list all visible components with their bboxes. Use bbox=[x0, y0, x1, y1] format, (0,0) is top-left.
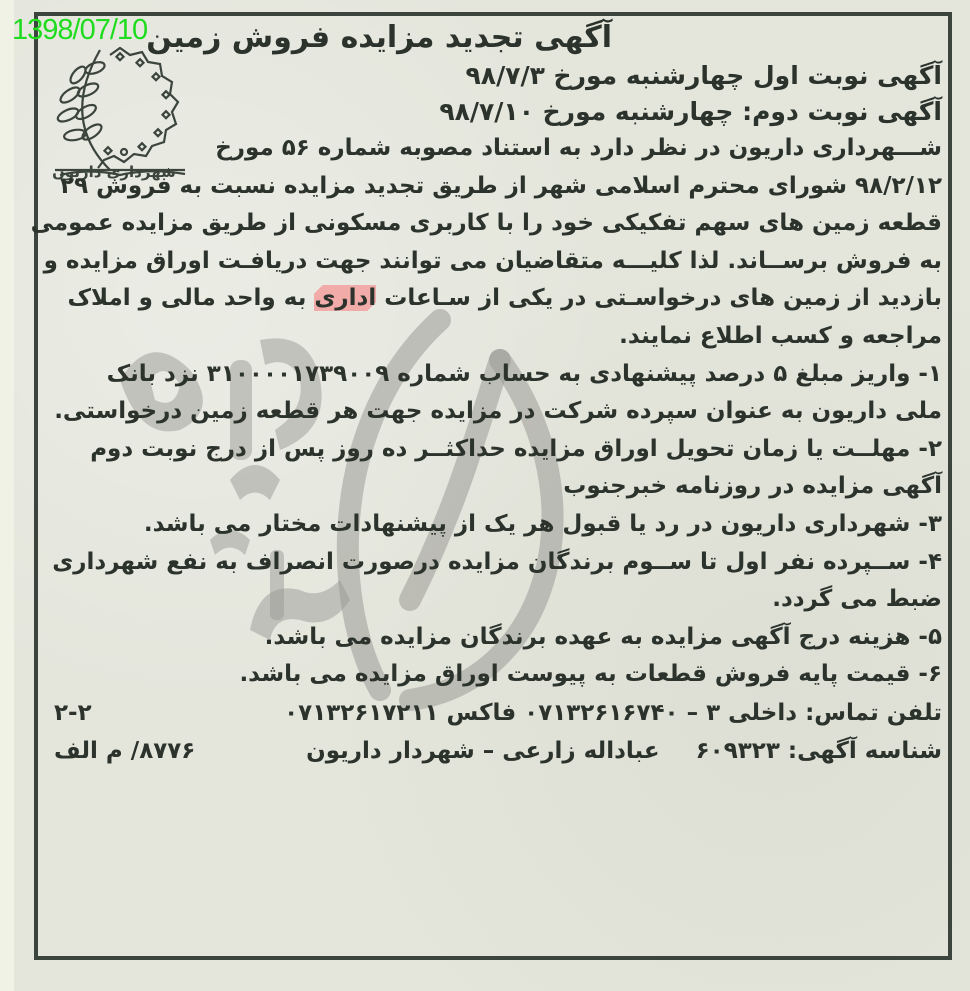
date-stamp: 1398/07/10 bbox=[12, 14, 147, 47]
contact-phone: تلفن تماس: داخلی ۳ – ۰۷۱۳۲۶۱۶۷۴۰ فاکس ۰۷… bbox=[284, 694, 942, 732]
body-line: شـــهرداری داریون در نظر دارد به استناد … bbox=[42, 130, 942, 168]
reference-number: ۸۷۷۶/ م الف bbox=[54, 732, 195, 770]
body-line-text: به واحد مالی و املاک bbox=[67, 285, 314, 311]
body-line: ۹۸/۲/۱۲ شورای محترم اسلامی شهر از طریق ت… bbox=[42, 168, 942, 206]
signature-row: شناسه آگهی: ۶۰۹۳۲۳ عباداله زارعی – شهردا… bbox=[42, 732, 942, 770]
condition-line: آگهی مزایده در روزنامه خبرجنوب bbox=[42, 468, 942, 506]
body-line-text: بازدید از زمین های درخواسـتی در یکی از س… bbox=[376, 285, 942, 311]
body-line: به فروش برســاند. لذا کلیـــه متقاضیان م… bbox=[42, 243, 942, 281]
first-publication-date: آگهی نوبت اول چهارشنبه مورخ ۹۸/۷/۳ bbox=[42, 58, 942, 94]
body-line: بازدید از زمین های درخواسـتی در یکی از س… bbox=[42, 280, 942, 318]
condition-line: ۲- مهلــت یا زمان تحویل اوراق مزایده حدا… bbox=[42, 431, 942, 469]
page-margin bbox=[0, 0, 14, 991]
ad-id: شناسه آگهی: ۶۰۹۳۲۳ bbox=[696, 732, 942, 770]
condition-line: ۵- هزینه درج آگهی مزایده به عهده برندگان… bbox=[42, 619, 942, 657]
signatory: عباداله زارعی – شهردار داریون bbox=[306, 732, 660, 770]
issue-code: ۲-۲ bbox=[54, 694, 92, 732]
notice-title: آگهی تجدید مزایده فروش زمین bbox=[42, 18, 772, 58]
condition-line: ۱- واریز مبلغ ۵ درصد پیشنهادی به حساب شم… bbox=[42, 356, 942, 394]
second-publication-date: آگهی نوبت دوم: چهارشنبه مورخ ۹۸/۷/۱۰ bbox=[42, 94, 942, 130]
contact-row: تلفن تماس: داخلی ۳ – ۰۷۱۳۲۶۱۶۷۴۰ فاکس ۰۷… bbox=[42, 694, 942, 732]
body-line: مراجعه و کسب اطلاع نمایند. bbox=[42, 318, 942, 356]
body-line: قطعه زمین های سهم تفکیکی خود را با کاربر… bbox=[42, 205, 942, 243]
notice-content: آگهی تجدید مزایده فروش زمین آگهی نوبت او… bbox=[42, 14, 942, 770]
condition-line: ۳- شهرداری داریون در رد یا قبول هر یک از… bbox=[42, 506, 942, 544]
condition-line: ضبط می گردد. bbox=[42, 581, 942, 619]
condition-line: ملی داریون به عنوان سپرده شرکت در مزایده… bbox=[42, 393, 942, 431]
condition-line: ۴- ســپرده نفر اول تا ســوم برندگان مزای… bbox=[42, 544, 942, 582]
highlighted-word: اداری bbox=[314, 285, 376, 311]
condition-line: ۶- قیمت پایه فروش قطعات به پیوست اوراق م… bbox=[42, 656, 942, 694]
